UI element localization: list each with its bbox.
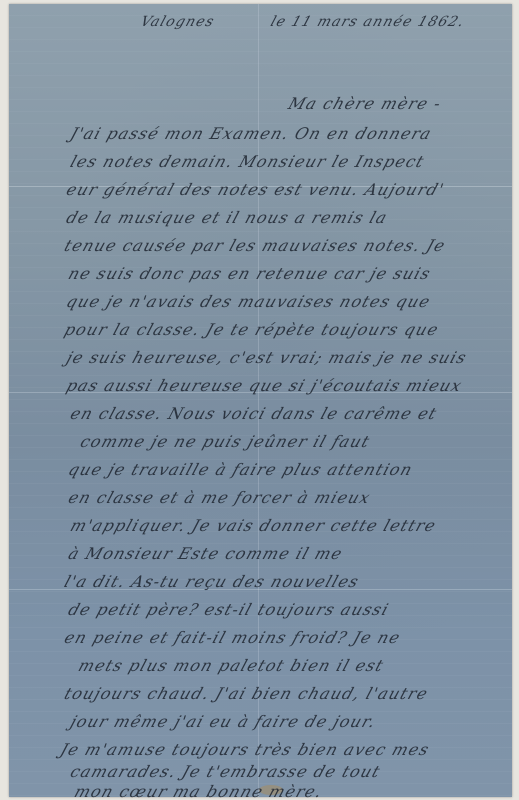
letter-line: en peine et fait-il moins froid? Je ne bbox=[62, 628, 404, 647]
letter-line: pas aussi heureuse que si j'écoutais mie… bbox=[64, 376, 465, 395]
letter-line: toujours chaud. J'ai bien chaud, l'autre bbox=[62, 684, 431, 703]
letter-line: mets plus mon paletot bien il est bbox=[76, 656, 387, 675]
letter-line: camarades. Je t'embrasse de tout bbox=[68, 762, 384, 781]
fold-crease-vertical bbox=[258, 4, 259, 797]
letter-line: à Monsieur Este comme il me bbox=[66, 544, 346, 563]
letter-salutation: Ma chère mère - bbox=[286, 94, 444, 113]
letter-line: en classe et à me forcer à mieux bbox=[66, 488, 373, 507]
letter-line: jour même j'ai eu à faire de jour. bbox=[68, 712, 379, 731]
letter-line: Je m'amuse toujours très bien avec mes bbox=[58, 740, 432, 759]
letter-line: de petit père? est-il toujours aussi bbox=[66, 600, 392, 619]
letter-line: tenue causée par les mauvaises notes. Je bbox=[62, 236, 448, 255]
letter-line: en classe. Nous voici dans le carême et bbox=[68, 404, 440, 423]
letter-line: je suis heureuse, c'est vrai; mais je ne… bbox=[64, 348, 470, 367]
letter-date: le 11 mars année 1862. bbox=[268, 14, 467, 30]
letter-line: que je travaille à faire plus attention bbox=[66, 460, 416, 479]
letter-line: mon cœur ma bonne mère. bbox=[72, 782, 325, 800]
letter-line: l'a dit. As-tu reçu des nouvelles bbox=[62, 572, 362, 591]
letter-line: de la musique et il nous a remis la bbox=[64, 208, 390, 227]
letter-line: comme je ne puis jeûner il faut bbox=[78, 432, 373, 451]
letter-line: m'appliquer. Je vais donner cette lettre bbox=[68, 516, 439, 535]
letter-line: que je n'avais des mauvaises notes que bbox=[64, 292, 433, 311]
letter-line: eur général des notes est venu. Aujourd' bbox=[64, 180, 447, 199]
letter-line: J'ai passé mon Examen. On en donnera bbox=[68, 124, 435, 143]
letter-line: ne suis donc pas en retenue car je suis bbox=[66, 264, 434, 283]
letter-place: Valognes bbox=[138, 14, 216, 30]
letter-paper: Valognes le 11 mars année 1862. Ma chère… bbox=[9, 4, 512, 797]
letter-line: les notes demain. Monsieur le Inspect bbox=[68, 152, 427, 171]
letter-line: pour la classe. Je te répète toujours qu… bbox=[62, 320, 442, 339]
